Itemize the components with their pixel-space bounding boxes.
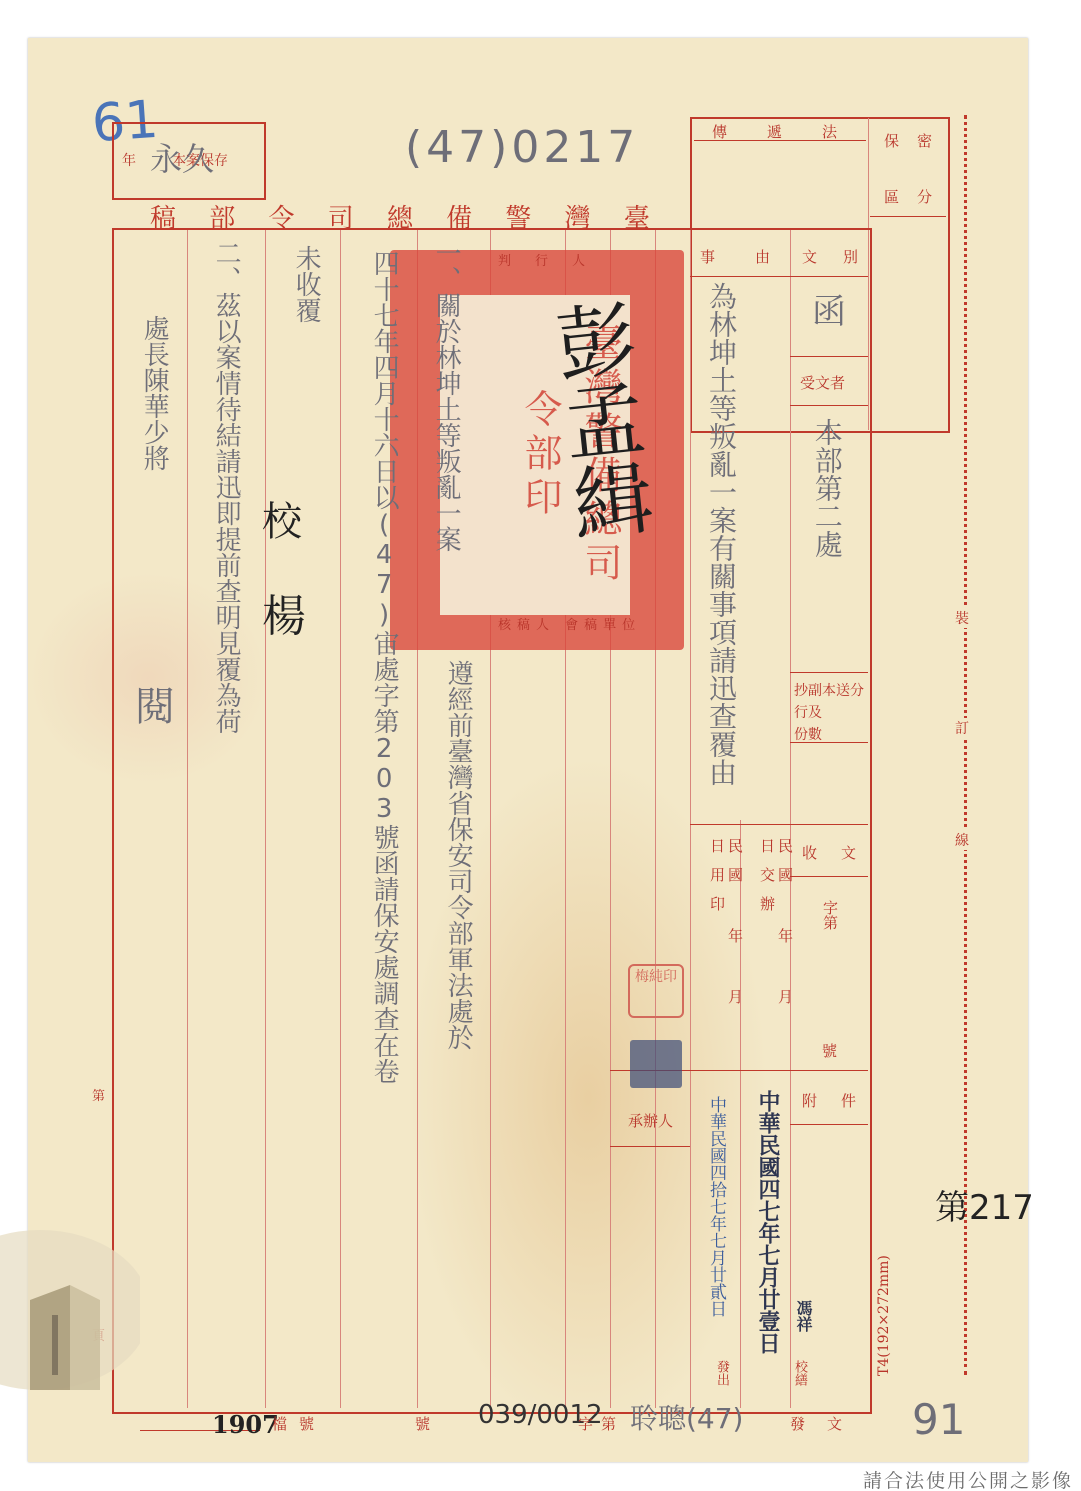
security-label-1: 保密 <box>884 130 950 151</box>
column-rule <box>790 230 791 1408</box>
reviewer-mark: 楊 <box>262 580 306 644</box>
row-rule <box>790 876 868 877</box>
proof-label: 校繕 <box>790 1360 809 1386</box>
retention-unit: 年 <box>122 150 136 170</box>
personal-seal-blue <box>630 1040 682 1088</box>
check-mark: 校 <box>262 490 302 547</box>
column-rule <box>340 230 341 1408</box>
divider <box>870 216 946 217</box>
side-note: 第217 <box>935 1180 1034 1229</box>
usage-notice: 請合法使用公開之影像 <box>863 1466 1073 1491</box>
binding-char-2: 訂 <box>955 718 969 738</box>
row-rule <box>790 1124 868 1125</box>
handled-date-stamp: 中華民國四七年七月廿壹日 <box>752 1090 783 1354</box>
page-number-handwritten: 91 <box>912 1392 965 1449</box>
page-label-first: 第 <box>92 1085 105 1104</box>
body-line-6: 處長陳華少將 <box>136 315 171 615</box>
proof-stamp: 馮祥 <box>792 1300 815 1332</box>
body-line-3: 遵經前臺灣省保安司令部軍法處於 <box>440 660 475 1280</box>
body-line-2: 四十七年四月十六日以(47)宙處字第203號函請保安處調查在卷 <box>366 250 401 1280</box>
row-rule <box>690 824 868 825</box>
row-rule <box>790 356 868 357</box>
doc-type-label: 文別 <box>802 246 884 267</box>
form-code: T4(192×272mm) <box>876 1255 892 1376</box>
column-rule <box>690 230 691 1408</box>
binding-char-1: 裝 <box>955 608 969 628</box>
security-label-2: 區分 <box>884 186 950 207</box>
doc-type-value: 函 <box>812 290 846 336</box>
sealed-date-stamp: 中華民國四拾七年七月廿貳日 <box>704 1096 729 1317</box>
recipient-label: 受文者 <box>800 372 845 393</box>
column-rule <box>265 230 266 1408</box>
subject-label: 事由 <box>700 246 810 267</box>
approve-mark: 閱 <box>135 680 175 734</box>
dispatch-label: 發出 <box>712 1360 731 1386</box>
row-rule <box>690 276 868 277</box>
binding-char-3: 線 <box>955 830 969 850</box>
attachment-label: 附件 <box>802 1090 880 1111</box>
receipt-label: 收文 <box>802 842 880 863</box>
number-label: 號 <box>415 1413 430 1434</box>
handled-date-labels: 民國 年 月 日交辦 <box>758 838 794 1068</box>
signer-row-label: 判行人 <box>498 250 609 269</box>
archive-label: 檔號 <box>272 1413 326 1434</box>
row-rule <box>790 405 868 406</box>
receipt-char-label: 字第 <box>820 900 841 930</box>
body-line-5: 未收覆 <box>288 245 323 323</box>
row-rule <box>790 672 868 673</box>
recipient-value: 本部第二處 <box>808 418 846 558</box>
body-line-1: 一、關於林坤土等叛亂一案 <box>428 240 463 620</box>
archive-number: 1907 <box>212 1410 279 1439</box>
row-rule <box>610 1146 690 1147</box>
body-line-4: 二、茲以案情待結請迅即提前查明見覆為荷 <box>208 240 243 1300</box>
char-label: 字第 <box>578 1413 624 1434</box>
dispatch-label: 發文 <box>790 1413 864 1434</box>
receipt-number-label: 號 <box>822 1040 837 1061</box>
handler-label: 承辦人 <box>628 1110 673 1131</box>
subject-value: 為林坤土等叛亂一案有關事項請迅查覆由 <box>700 282 742 822</box>
reference-number-annotation: (47)0217 <box>405 118 639 177</box>
dispatch-ref: 聆聰(47) <box>630 1400 743 1438</box>
retention-value: 永久 <box>150 138 214 181</box>
transmission-label: 傳遞法 <box>712 121 877 142</box>
copies-label: 抄副本送分行及份數 <box>794 680 868 746</box>
personal-seal-red: 梅純印 <box>628 964 684 1018</box>
column-rule <box>187 230 188 1408</box>
archive-logo-icon <box>0 1190 140 1390</box>
drafter-row-label: 核稿人 會稿單位 <box>498 614 641 633</box>
sealed-date-labels: 民國 年 月 日用印 <box>708 838 744 1068</box>
